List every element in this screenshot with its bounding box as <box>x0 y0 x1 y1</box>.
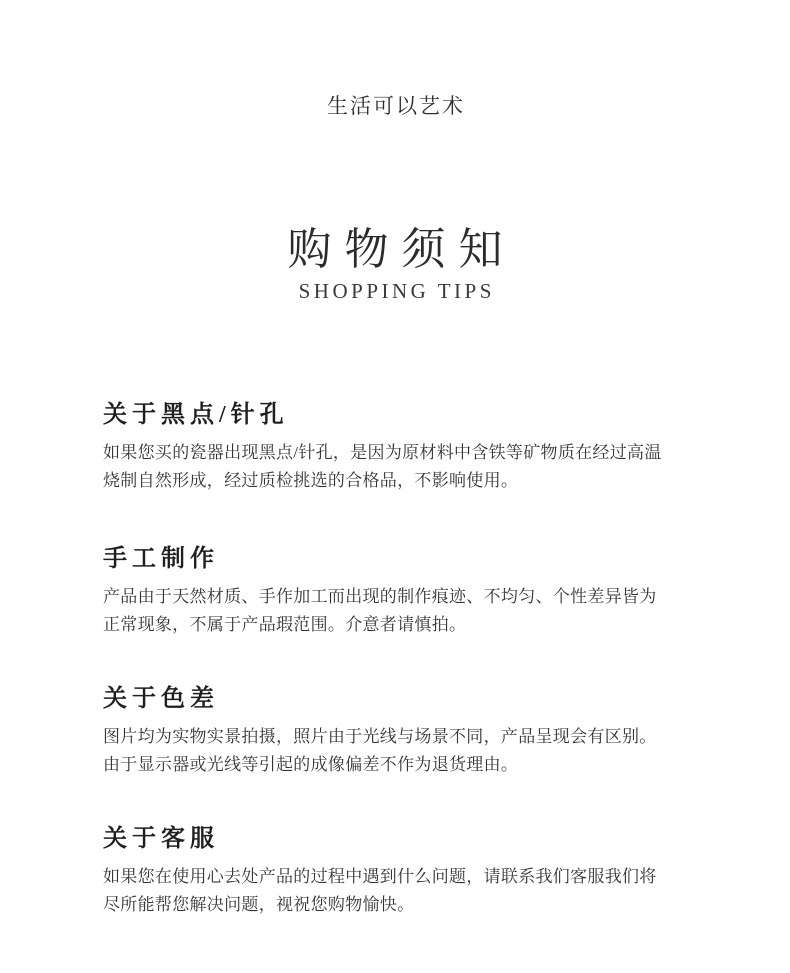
section-body-line: 尽所能帮您解决问题，视祝您购物愉快。 <box>103 891 700 919</box>
section-heading: 关于色差 <box>103 686 700 712</box>
section-body-line: 产品由于天然材质、手作加工而出现的制作痕迹、不均匀、个性差异皆为 <box>103 583 700 611</box>
section-body-line: 如果您买的瓷器出现黑点/针孔，是因为原材料中含铁等矿物质在经过高温 <box>103 439 700 467</box>
page-title: 购物须知 <box>0 227 790 273</box>
section-heading: 手工制作 <box>103 546 700 572</box>
section-handmade: 手工制作 产品由于天然材质、手作加工而出现的制作痕迹、不均匀、个性差异皆为 正常… <box>103 546 700 638</box>
shopping-tips-page: { "header": { "tagline": "生活可以艺术", "titl… <box>0 0 790 973</box>
section-body-line: 烧制自然形成，经过质检挑选的合格品，不影响使用。 <box>103 467 700 495</box>
brand-tagline: 生活可以艺术 <box>0 95 790 118</box>
section-body-line: 由于显示器或光线等引起的成像偏差不作为退货理由。 <box>103 751 700 779</box>
section-customer-service: 关于客服 如果您在使用心去处产品的过程中遇到什么问题，请联系我们客服我们将 尽所… <box>103 826 700 918</box>
section-color-difference: 关于色差 图片均为实物实景拍摄，照片由于光线与场景不同，产品呈现会有区别。 由于… <box>103 686 700 778</box>
section-body-line: 图片均为实物实景拍摄，照片由于光线与场景不同，产品呈现会有区别。 <box>103 723 700 751</box>
section-black-dots: 关于黑点/针孔 如果您买的瓷器出现黑点/针孔，是因为原材料中含铁等矿物质在经过高… <box>103 402 700 494</box>
section-body-line: 如果您在使用心去处产品的过程中遇到什么问题，请联系我们客服我们将 <box>103 863 700 891</box>
section-heading: 关于客服 <box>103 826 700 852</box>
section-body-line: 正常现象，不属于产品瑕范围。介意者请慎拍。 <box>103 611 700 639</box>
section-heading: 关于黑点/针孔 <box>103 402 700 428</box>
page-subtitle: SHOPPING TIPS <box>0 279 790 303</box>
